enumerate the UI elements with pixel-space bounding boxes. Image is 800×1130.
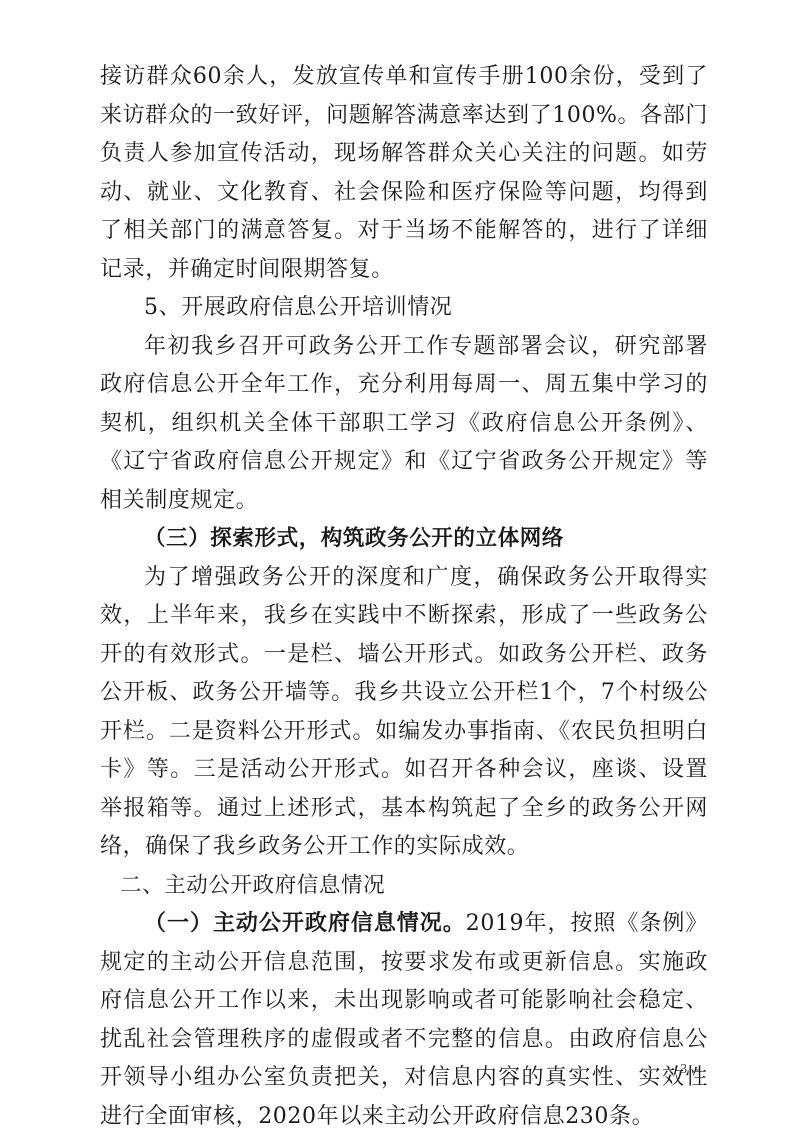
- paragraph-proactive-disclosure-body: 2019年，按照《条例》规定的主动公开信息范围，按要求发布或更新信息。实施政府信…: [100, 911, 708, 1129]
- document-page: 接访群众60余人，发放宣传单和宣传手册100余份，受到了来访群众的一致好评，问题…: [100, 58, 708, 1130]
- paragraph-disclosure-forms: 为了增强政务公开的深度和广度，确保政务公开取得实效，上半年来，我乡在实践中不断探…: [100, 559, 708, 867]
- item-5-heading: 5、开展政府信息公开培训情况: [100, 289, 708, 328]
- section-3-heading: （三）探索形式，构筑政务公开的立体网络: [100, 520, 708, 559]
- paragraph-training: 年初我乡召开可政务公开工作专题部署会议，研究部署政府信息公开全年工作，充分利用每…: [100, 328, 708, 521]
- subsection-1-heading: （一）主动公开政府信息情况。: [144, 911, 466, 936]
- paragraph-proactive-disclosure: （一）主动公开政府信息情况。2019年，按照《条例》规定的主动公开信息范围，按要…: [100, 905, 708, 1130]
- page-number: - 3 -: [668, 1062, 701, 1078]
- part-2-heading: 二、主动公开政府信息情况: [100, 867, 708, 906]
- paragraph-outreach-results: 接访群众60余人，发放宣传单和宣传手册100余份，受到了来访群众的一致好评，问题…: [100, 58, 708, 289]
